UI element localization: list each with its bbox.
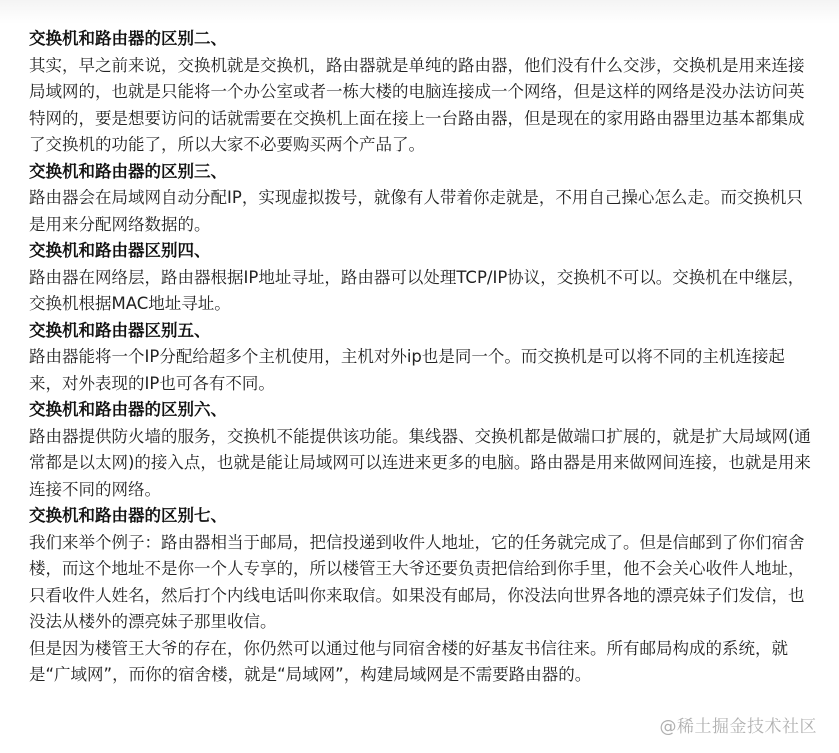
section-4: 交换机和路由器区别四、 路由器在网络层，路由器根据IP地址寻址，路由器可以处理T… [29, 238, 811, 318]
section-2: 交换机和路由器的区别二、 其实，早之前来说，交换机就是交换机，路由器就是单纯的路… [29, 26, 811, 159]
article-body: 交换机和路由器的区别二、 其实，早之前来说，交换机就是交换机，路由器就是单纯的路… [29, 26, 811, 689]
section-heading: 交换机和路由器区别四、 [29, 238, 811, 265]
section-paragraph: 路由器能将一个IP分配给超多个主机使用，主机对外ip也是同一个。而交换机是可以将… [29, 344, 811, 397]
section-7: 交换机和路由器的区别七、 我们来举个例子：路由器相当于邮局，把信投递到收件人地址… [29, 503, 811, 689]
section-3: 交换机和路由器的区别三、 路由器会在局域网自动分配IP，实现虚拟拨号，就像有人带… [29, 159, 811, 239]
section-paragraph: 其实，早之前来说，交换机就是交换机，路由器就是单纯的路由器，他们没有什么交涉，交… [29, 53, 811, 159]
section-paragraph: 我们来举个例子：路由器相当于邮局，把信投递到收件人地址，它的任务就完成了。但是信… [29, 530, 811, 636]
section-paragraph: 路由器会在局域网自动分配IP，实现虚拟拨号，就像有人带着你走就是，不用自己操心怎… [29, 185, 811, 238]
section-heading: 交换机和路由器的区别二、 [29, 26, 811, 53]
section-heading: 交换机和路由器的区别六、 [29, 397, 811, 424]
watermark: @稀土掘金技术社区 [660, 712, 818, 737]
section-6: 交换机和路由器的区别六、 路由器提供防火墙的服务，交换机不能提供该功能。集线器、… [29, 397, 811, 503]
section-paragraph: 路由器在网络层，路由器根据IP地址寻址，路由器可以处理TCP/IP协议，交换机不… [29, 265, 811, 318]
section-paragraph: 路由器提供防火墙的服务，交换机不能提供该功能。集线器、交换机都是做端口扩展的，就… [29, 424, 811, 504]
section-5: 交换机和路由器区别五、 路由器能将一个IP分配给超多个主机使用，主机对外ip也是… [29, 318, 811, 398]
section-heading: 交换机和路由器的区别七、 [29, 503, 811, 530]
section-heading: 交换机和路由器区别五、 [29, 318, 811, 345]
section-paragraph: 但是因为楼管王大爷的存在，你仍然可以通过他与同宿舍楼的好基友书信往来。所有邮局构… [29, 636, 811, 689]
section-heading: 交换机和路由器的区别三、 [29, 159, 811, 186]
